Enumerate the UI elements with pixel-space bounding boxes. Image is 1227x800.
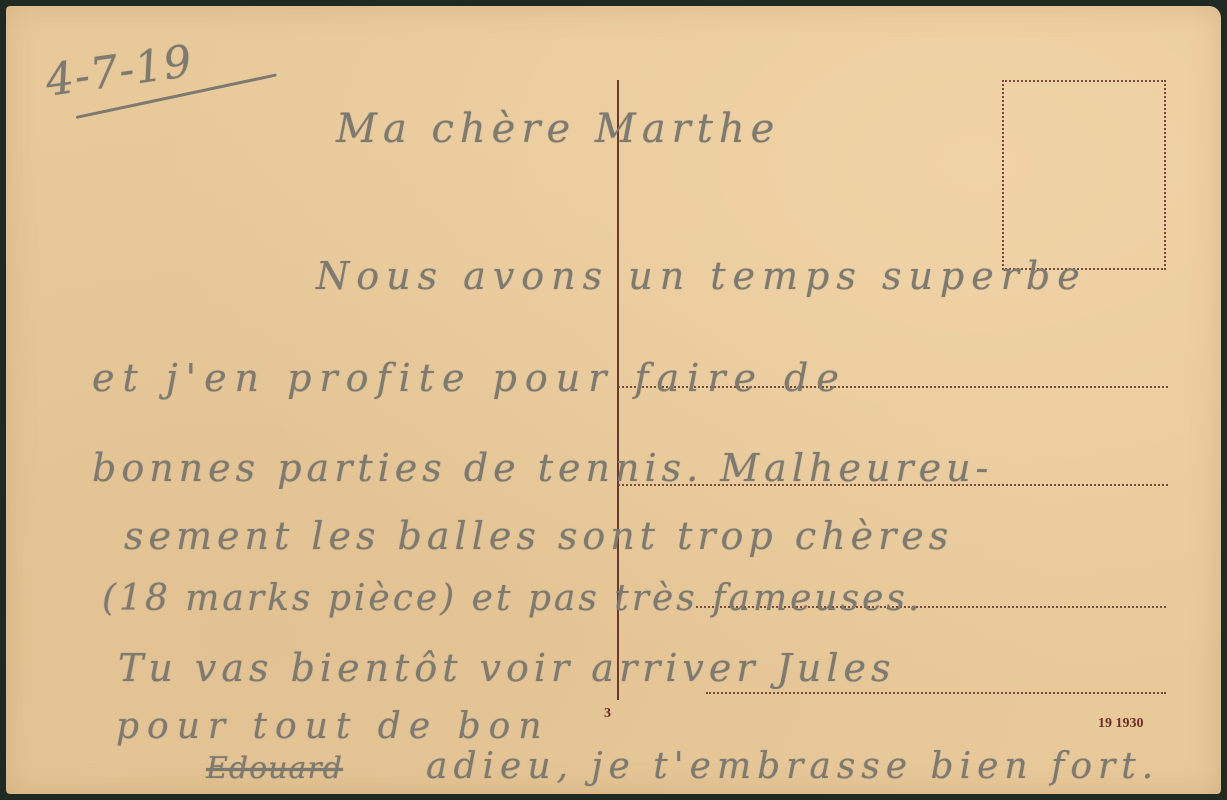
postcard: 3 19 1930 4-7-19 Ma chère Marthe Nous av… (6, 6, 1221, 794)
letter-line-2: et j'en profite pour faire de (92, 356, 847, 400)
stamp-box (1002, 80, 1166, 270)
letter-line-3: bonnes parties de tennis. Malheureu- (92, 446, 993, 490)
print-code: 19 1930 (1098, 716, 1144, 732)
letter-line-6: Tu vas bientôt voir arriver Jules (118, 646, 895, 690)
address-line-4 (706, 692, 1166, 694)
letter-line-7: pour tout de bon (116, 706, 550, 747)
struck-word: Edouard (206, 751, 343, 786)
print-number: 3 (604, 706, 611, 722)
salutation: Ma chère Marthe (336, 106, 780, 152)
letter-line-5: (18 marks pièce) et pas très fameuses. (102, 578, 922, 619)
letter-line-4: sement les balles sont trop chères (124, 514, 953, 558)
letter-line-8: adieu, je t'embrasse bien fort. (426, 746, 1159, 787)
letter-line-1: Nous avons un temps superbe (316, 254, 1087, 298)
